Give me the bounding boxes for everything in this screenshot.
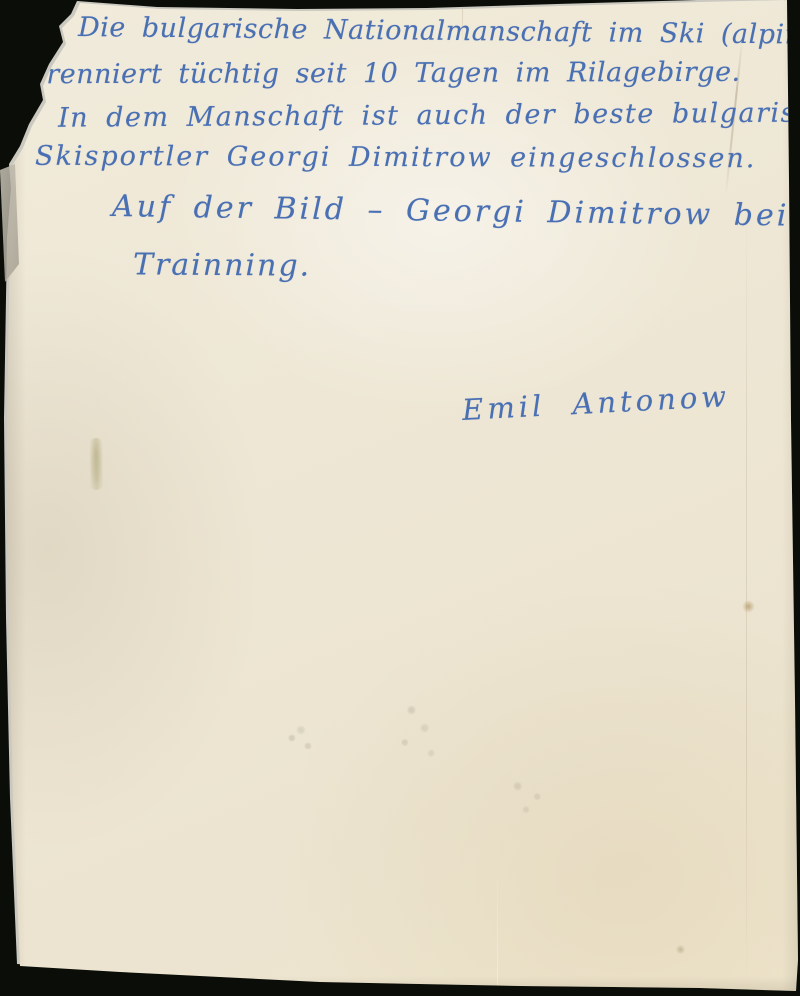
- handwritten-line-1: Die bulgarische Nationalmanschaft im Ski…: [78, 12, 800, 52]
- handwritten-line-5: Auf der Bild – Georgi Dimitrow beim: [112, 189, 800, 235]
- stain: [742, 600, 755, 613]
- handwritten-line-2: trenniert tüchtig seit 10 Tagen im Rilag…: [35, 57, 741, 92]
- stain: [676, 944, 685, 955]
- crease-line: [746, 200, 747, 990]
- stain: [385, 692, 451, 764]
- scan-background: Die bulgarische Nationalmanschaft im Ski…: [0, 0, 800, 996]
- paper-sheet: Die bulgarische Nationalmanschaft im Ski…: [0, 0, 800, 996]
- stain: [498, 768, 554, 820]
- stain: [89, 438, 103, 490]
- handwritten-line-6: Trainning.: [133, 247, 311, 284]
- crease-line: [497, 845, 498, 990]
- signature: Emil Antonow: [461, 379, 731, 428]
- handwritten-line-4: Skisportler Georgi Dimitrow eingeschloss…: [35, 141, 756, 176]
- handwritten-line-3: In dem Manschaft ist auch der beste bulg…: [58, 97, 800, 135]
- stain: [278, 722, 324, 762]
